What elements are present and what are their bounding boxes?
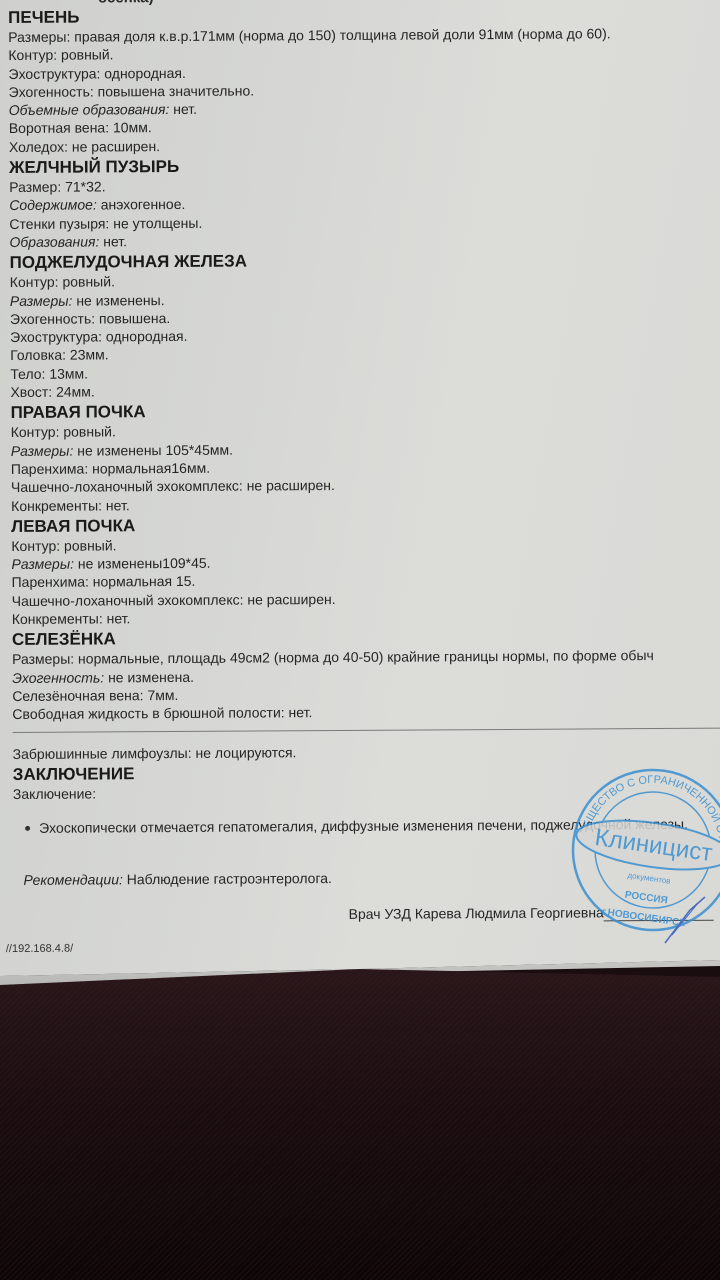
field-value: однородная. <box>102 328 188 345</box>
field-value: 10мм. <box>109 120 152 136</box>
dark-fabric-background <box>0 965 720 1280</box>
recommendation-value: Наблюдение гастроэнтеролога. <box>123 870 332 887</box>
field-value: ровный. <box>59 424 116 440</box>
pen-signature-stroke-icon <box>660 895 710 945</box>
svg-text:документов: документов <box>627 871 671 886</box>
field-value: нет. <box>99 233 127 249</box>
field-label: Головка: <box>10 347 66 363</box>
field-label: Конкременты: <box>11 497 102 514</box>
field-value: не изменена. <box>104 668 194 685</box>
field-value: 13мм. <box>45 365 88 381</box>
field-value: нормальная16мм. <box>88 460 210 477</box>
field-label: Контур: <box>8 47 57 63</box>
field-label: Чашечно-лоханочный эхокомплекс: <box>11 478 243 495</box>
field-label: Контур: <box>10 274 59 290</box>
field-value: не расширен. <box>68 138 160 155</box>
field-value: нет. <box>285 704 313 720</box>
field-value: повышена значительно. <box>94 82 254 99</box>
field-value: не расширен. <box>243 591 335 608</box>
field-value: нет. <box>103 610 131 626</box>
field-value: нормальные, площадь 49см2 (норма до 40-5… <box>74 647 654 667</box>
field-label: Размеры: <box>11 556 74 572</box>
field-value: ровный. <box>57 47 114 63</box>
field-value: 7мм. <box>143 687 178 703</box>
field-value: не изменены 105*45мм. <box>73 441 233 458</box>
field-label: Воротная вена: <box>9 120 109 137</box>
field-label: Конкременты: <box>12 610 103 627</box>
field-label: Тело: <box>10 366 45 382</box>
field-value: нет. <box>102 497 130 513</box>
field-value: однородная. <box>100 65 186 82</box>
field-label: Объемные образования: <box>9 101 170 118</box>
field-label: Контур: <box>11 424 60 440</box>
field-label: Размеры: <box>8 29 70 45</box>
lymph-nodes-label: Забрюшинные лимфоузлы: <box>13 744 192 761</box>
field-label: Хвост: <box>10 384 52 400</box>
field-value: ровный. <box>60 537 117 553</box>
field-value: не изменены109*45. <box>74 555 211 572</box>
field-label: Содержимое: <box>9 197 97 214</box>
field-label: Холедох: <box>9 138 68 154</box>
field-label: Эхоструктура: <box>10 329 102 346</box>
field-value: не изменены. <box>72 292 164 309</box>
lymph-nodes-value: не лоцируются. <box>192 744 297 761</box>
field-label: Эхогенность: <box>10 310 95 327</box>
field-value: 24мм. <box>52 384 95 400</box>
field-label: Размеры: <box>11 442 74 458</box>
field-label: Размеры: <box>10 292 73 308</box>
field-label: Контур: <box>11 538 60 554</box>
field-value: нормальная 15. <box>89 573 196 590</box>
report-line: Свободная жидкость в брюшной полости: не… <box>12 701 720 724</box>
field-value: ровный. <box>58 274 115 290</box>
field-label: Паренхима: <box>12 574 89 590</box>
report-sections: ПЕЧЕНЬРазмеры: правая доля к.в.р.171мм (… <box>8 3 720 724</box>
field-label: Селезёночная вена: <box>12 687 143 704</box>
field-value: анэхогенное. <box>97 196 186 213</box>
field-label: Свободная жидкость в брюшной полости: <box>12 705 284 723</box>
field-label: Эхогенность: <box>9 83 94 100</box>
field-label: Стенки пузыря: <box>9 215 109 232</box>
field-label: Эхоструктура: <box>8 65 100 82</box>
section-divider <box>13 727 720 732</box>
field-label: Размер: <box>9 179 61 195</box>
field-value: 71*32. <box>61 178 105 194</box>
field-value: 23мм. <box>66 347 109 363</box>
field-label: Образования: <box>9 233 99 250</box>
field-label: Чашечно-лоханочный эхокомплекс: <box>12 591 244 608</box>
field-value: правая доля к.в.р.171мм (норма до 150) т… <box>70 25 610 44</box>
field-value: не утолщены. <box>109 214 202 231</box>
field-value: нет. <box>169 101 197 117</box>
recommendation-label: Рекомендации: <box>23 871 123 888</box>
field-label: Эхогенность: <box>12 669 104 686</box>
field-label: Паренхима: <box>11 460 88 476</box>
field-label: Размеры: <box>12 651 74 667</box>
field-value: повышена. <box>95 310 170 326</box>
field-value: не расширен. <box>243 477 335 494</box>
